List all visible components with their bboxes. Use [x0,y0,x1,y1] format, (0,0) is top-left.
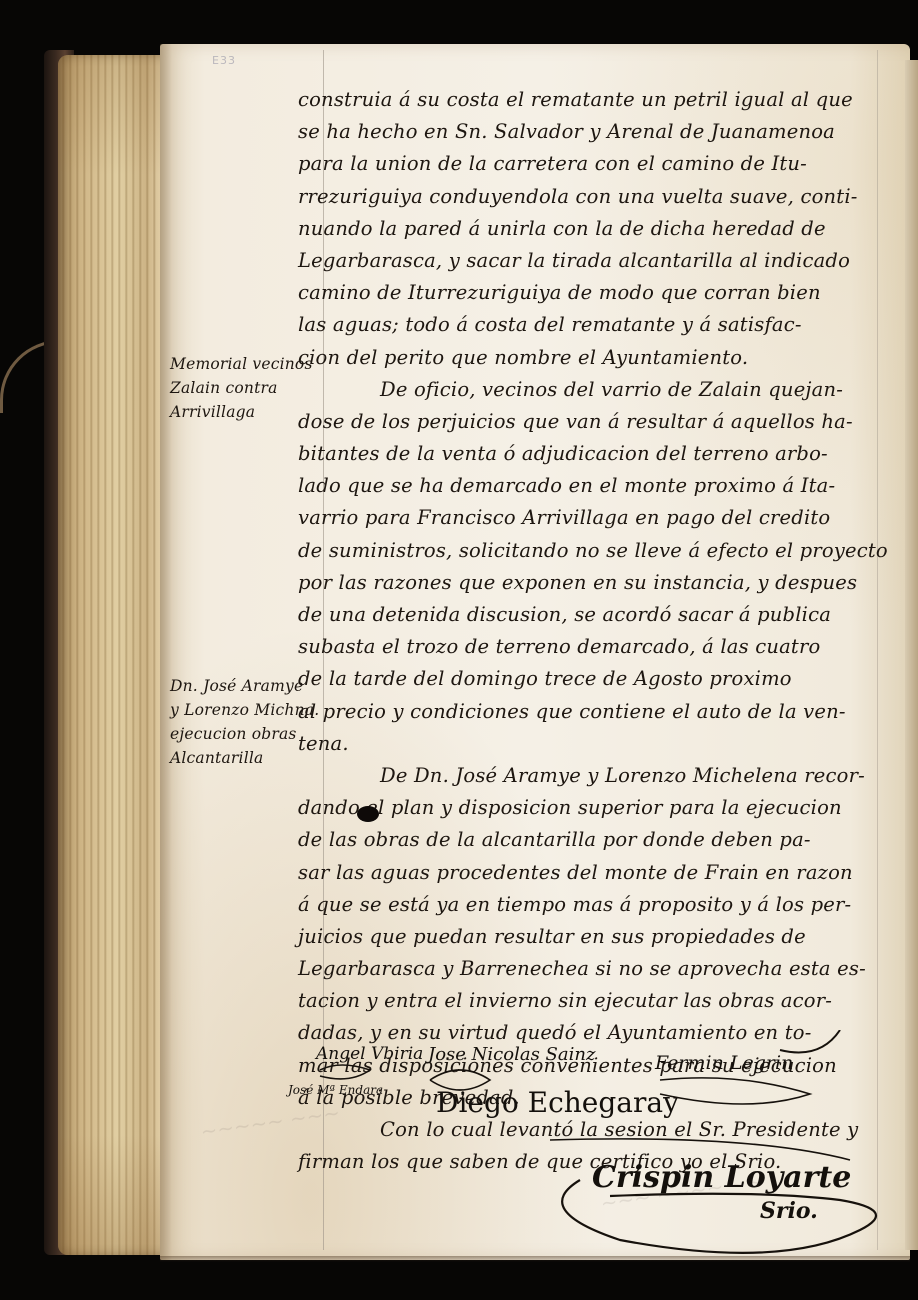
manuscript-line: varrio para Francisco Arrivillaga en pag… [298,502,888,534]
folio-stamp: E33 [212,54,236,67]
manuscript-line: por las razones que exponen en su instan… [298,567,888,599]
manuscript-line: tena. [298,728,888,760]
manuscript-line: subasta el trozo de terreno demarcado, á… [298,631,888,663]
manuscript-line: camino de Iturrezuriguiya de modo que co… [298,277,888,309]
scanned-document: E33 ~~~ ~~~~ ~~ ~~~~~ ~~~ Memorial vecin… [0,0,918,1300]
manuscript-line: á que se está ya en tiempo mas á proposi… [298,889,888,921]
manuscript-line: de las obras de la alcantarilla por dond… [298,824,888,856]
manuscript-line: Legarbarasca, y sacar la tirada alcantar… [298,245,888,277]
page-right-edge [905,60,918,1250]
manuscript-line: construia á su costa el rematante un pet… [298,84,888,116]
manuscript-line: lado que se ha demarcado en el monte pro… [298,470,888,502]
manuscript-line: tacion y entra el invierno sin ejecutar … [298,985,888,1017]
manuscript-line: De Dn. José Aramye y Lorenzo Michelena r… [298,760,888,792]
manuscript-line: de la tarde del domingo trece de Agosto … [298,663,888,695]
manuscript-line: dando el plan y disposicion superior par… [298,792,888,824]
manuscript-line: al precio y condiciones que contiene el … [298,696,888,728]
manuscript-line: juicios que puedan resultar en sus propi… [298,921,888,953]
manuscript-line: nuando la pared á unirla con la de dicha… [298,213,888,245]
manuscript-line: cion del perito que nombre el Ayuntamien… [298,342,888,374]
manuscript-line: de una detenida discusion, se acordó sac… [298,599,888,631]
manuscript-line: de suministros, solicitando no se lleve … [298,535,888,567]
manuscript-line: rrezuriguiya conduyendola con una vuelta… [298,181,888,213]
manuscript-line: bitantes de la venta ó adjudicacion del … [298,438,888,470]
manuscript-line: las aguas; todo á costa del rematante y … [298,309,888,341]
manuscript-line: dose de los perjuicios que van á resulta… [298,406,888,438]
manuscript-line: para la union de la carretera con el cam… [298,148,888,180]
manuscript-line: sar las aguas procedentes del monte de F… [298,857,888,889]
manuscript-body: construia á su costa el rematante un pet… [298,84,888,1178]
manuscript-line: se ha hecho en Sn. Salvador y Arenal de … [298,116,888,148]
manuscript-line: De oficio, vecinos del varrio de Zalain … [298,374,888,406]
signature-flourishes [280,1030,880,1260]
page-stack-fore-edge [58,55,168,1255]
manuscript-line: Legarbarasca y Barrenechea si no se apro… [298,953,888,985]
ink-blot [357,806,379,822]
page-gutter-shadow [160,44,172,1260]
